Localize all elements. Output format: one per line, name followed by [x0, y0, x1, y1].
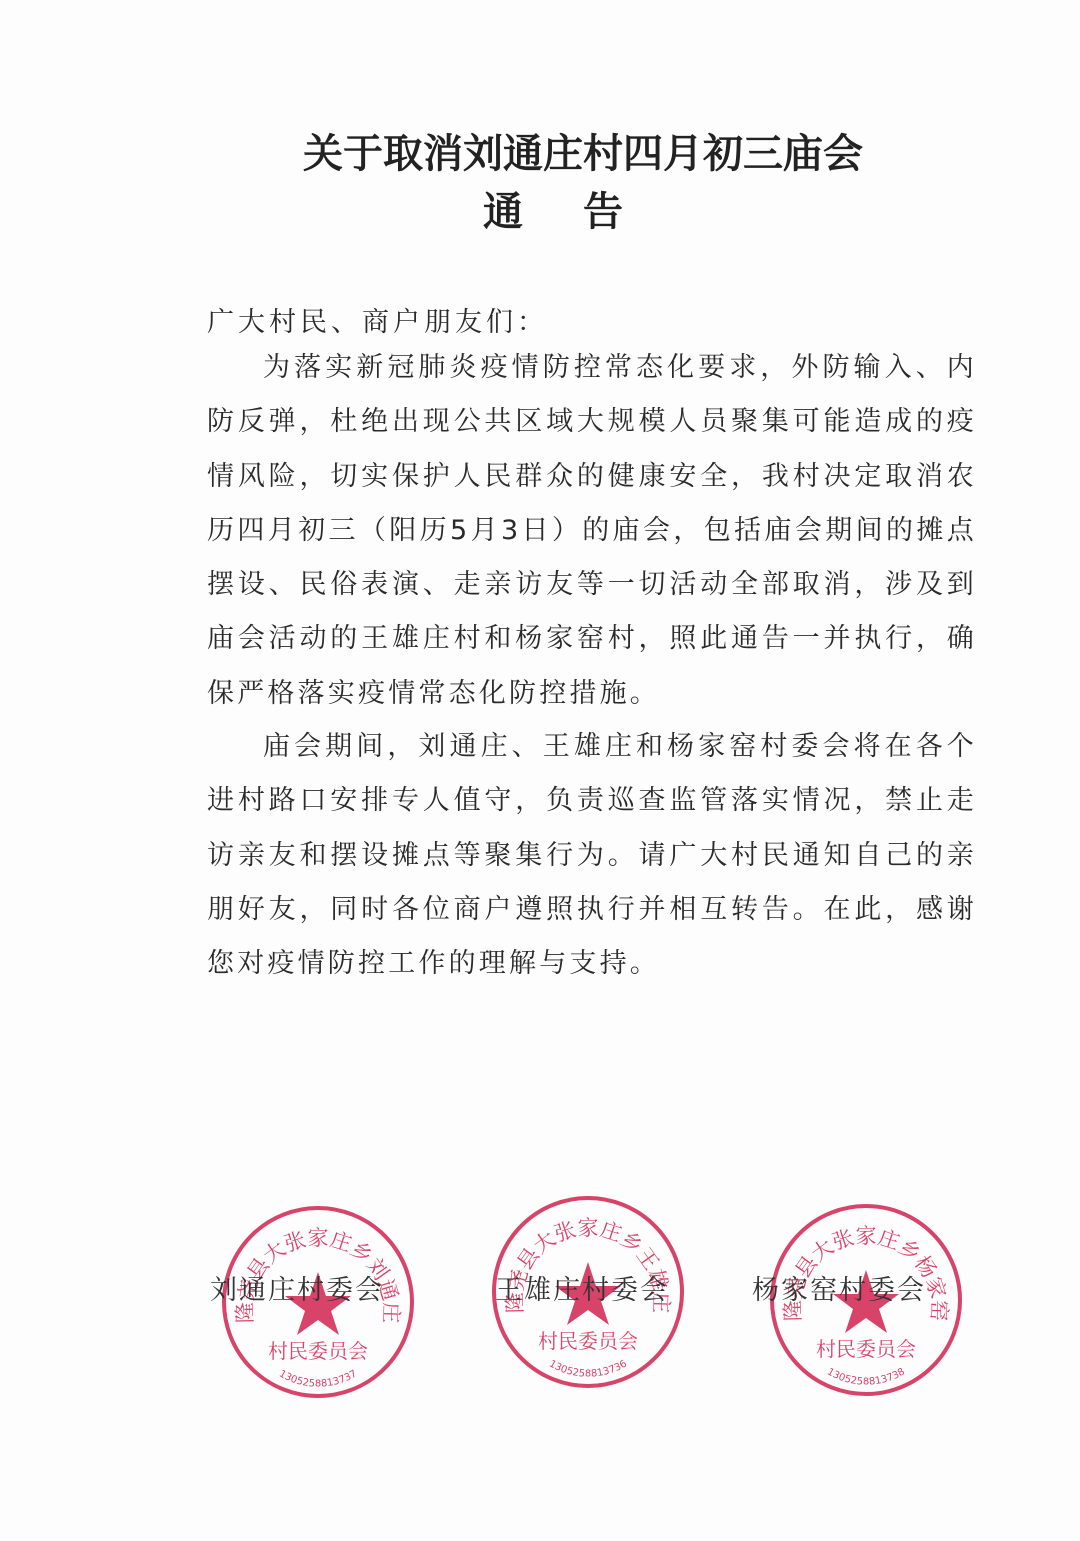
seal-number: 1305258813736 — [547, 1358, 629, 1379]
svg-text:1305258813738: 1305258813738 — [825, 1366, 907, 1387]
seal-number: 1305258813737 — [277, 1368, 359, 1389]
seal-number: 1305258813738 — [825, 1366, 907, 1387]
seal-center-text: 村民委员会 — [816, 1337, 916, 1361]
paragraph-1: 为落实新冠肺炎疫情防控常态化要求，外防输入、内防反弹，杜绝出现公共区域大规模人员… — [207, 341, 977, 721]
document-title: 关于取消刘通庄村四月初三庙会 — [0, 122, 1080, 179]
svg-text:1305258813736: 1305258813736 — [547, 1358, 629, 1379]
paragraph-2: 庙会期间，刘通庄、王雄庄和杨家窑村委会将在各个进村路口安排专人值守，负责巡查监管… — [207, 720, 977, 991]
signer-wangxiongzhuang: 王雄庄村委会 — [495, 1268, 669, 1307]
seal-center-text: 村民委员会 — [538, 1329, 638, 1353]
salutation: 广大村民、商户朋友们： — [207, 300, 548, 339]
document-subtitle: 通告 — [0, 180, 1080, 237]
svg-text:1305258813737: 1305258813737 — [277, 1368, 359, 1389]
seal-center-text: 村民委员会 — [268, 1339, 368, 1363]
signer-yangjiayao: 杨家窑村委会 — [752, 1268, 926, 1307]
signer-liutongzhuang: 刘通庄村委会 — [210, 1268, 384, 1307]
